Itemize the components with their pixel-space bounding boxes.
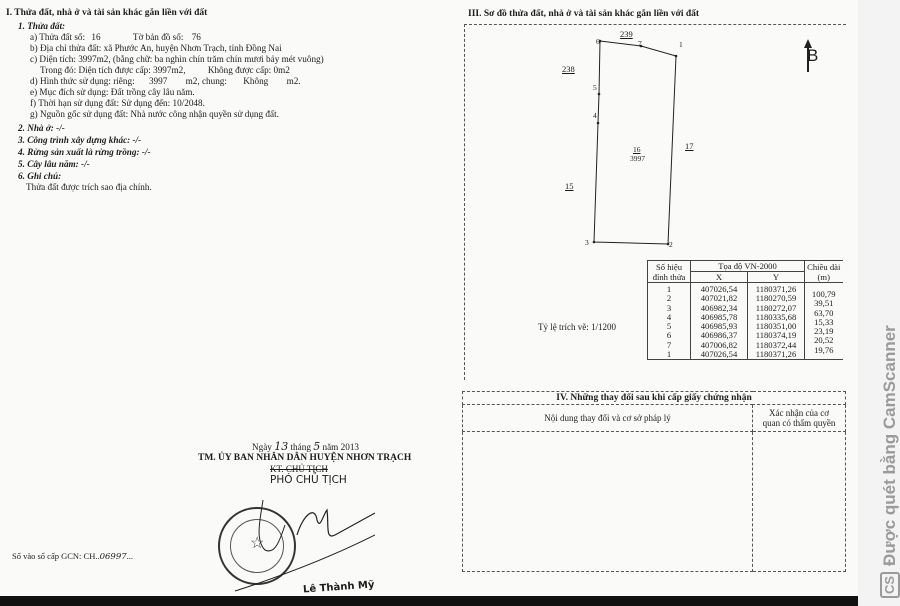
col-x: X (691, 272, 748, 283)
forest-line: 4. Rừng sản xuất là rừng trồng: -/- (18, 147, 151, 158)
length-values: 100,7939,5163,7015,3323,1920,5219,76 (805, 283, 843, 360)
parcel-label-area: 3997 (630, 154, 645, 163)
map-sheet-label: Tờ bản đồ số: (133, 32, 184, 42)
changes-title: IV. Những thay đổi sau khi cấp giấy chứn… (463, 392, 846, 405)
north-indicator: B (807, 46, 818, 66)
land-heading: 1. Thửa đất: (18, 21, 65, 32)
vertex-ids: 12345671 (648, 283, 691, 360)
usage-form-label: d) Hình thức sử dụng: riêng: (30, 76, 135, 86)
table-cell: 19,76 (807, 346, 841, 355)
parcel-label: a) Thửa đất số: (30, 32, 85, 42)
note-heading: 6. Ghi chú: (18, 171, 61, 182)
parcel-number-line: a) Thửa đất số: 16 Tờ bản đồ số: 76 (30, 32, 201, 43)
section-land-title: I. Thửa đất, nhà ở và tài sản khác gắn l… (6, 8, 207, 18)
vertex-label-1: 1 (679, 40, 683, 49)
usage-purpose: e) Mục đích sử dụng: Đất trồng cây lâu n… (30, 87, 195, 98)
confirm-line-1: Xác nhận của cơ (753, 408, 845, 418)
watermark-text: Được quét bằng CamScanner (880, 325, 900, 566)
drawing-scale: Tỷ lệ trích vẽ: 1/1200 (538, 322, 616, 332)
table-cell: 407026,54 (693, 350, 745, 359)
issue-date: Ngày 13 tháng 5 năm 2013 (252, 441, 359, 453)
area-not-granted: Không được cấp: 0m2 (208, 65, 290, 75)
parcel-area: c) Diện tích: 3997m2, (bằng chữ: ba nghì… (30, 54, 324, 65)
certificate-page: I. Thửa đất, nhà ở và tài sản khác gắn l… (0, 0, 860, 606)
note-text: Thửa đất được trích sao địa chính. (26, 182, 152, 193)
registry-label: Số vào sổ cấp GCN: CH (12, 551, 95, 561)
date-year: năm 2013 (323, 442, 360, 452)
x-values: 407026,54407021,82406982,34406985,784069… (691, 283, 748, 360)
parcel-diagram (464, 24, 846, 264)
other-works-line: 3. Công trình xây dựng khác: -/- (18, 135, 141, 146)
scan-edge (0, 596, 860, 606)
vertex-label-4: 4 (593, 111, 597, 120)
coordinates-table: Số hiệu đỉnh thửa Tọa độ VN-2000 Chiều d… (647, 260, 843, 360)
usage-origin: g) Nguồn gốc sử dụng đất: Nhà nước công … (30, 109, 279, 120)
neighbor-parcel-238: 238 (562, 64, 575, 74)
date-day: 13 (274, 440, 288, 453)
house-line: 2. Nhà ở: -/- (18, 123, 65, 134)
vertex-label-7: 7 (638, 39, 642, 48)
parcel-number: 16 (91, 32, 100, 42)
authority-confirmation-cell (753, 432, 846, 572)
area-granted: Trong đó: Diện tích được cấp: 3997m2, (40, 65, 186, 75)
vertex-label-3: 3 (585, 238, 589, 247)
area-granted-line: Trong đó: Diện tích được cấp: 3997m2, Kh… (40, 65, 290, 76)
changes-table: IV. Những thay đổi sau khi cấp giấy chứn… (462, 391, 846, 572)
signer-role: PHÓ CHỦ TỊCH (270, 474, 347, 486)
col-coordinates: Tọa độ VN-2000 (691, 261, 805, 272)
role-crossed: KT. CHỦ TỊCH (270, 464, 328, 474)
registry-number: 06997 (100, 552, 127, 562)
usage-form-line: d) Hình thức sử dụng: riêng: 3997 m2, ch… (30, 76, 301, 87)
vertex-label-5: 5 (593, 83, 597, 92)
shared-unit: m2. (287, 76, 301, 86)
issuing-authority: TM. ỦY BAN NHÂN DÂN HUYỆN NHƠN TRẠCH (198, 453, 411, 463)
parcel-address: b) Địa chỉ thửa đất: xã Phước An, huyện … (30, 43, 282, 54)
section-diagram-title: III. Sơ đồ thửa đất, nhà ở và tài sản kh… (468, 9, 699, 19)
vertex-label-2: 2 (669, 240, 673, 249)
neighbor-parcel-15: 15 (565, 181, 574, 191)
date-month: 5 (313, 440, 320, 453)
private-area: 3997 (149, 76, 167, 86)
y-values: 1180371,261180270,591180272,071180335,68… (748, 283, 805, 360)
table-cell: 1 (650, 350, 688, 359)
camscanner-logo-icon: CS (880, 572, 900, 598)
col-authority-confirmation: Xác nhận của cơ quan có thẩm quyền (753, 405, 846, 432)
date-prefix: Ngày (252, 442, 272, 452)
neighbor-parcel-239: 239 (620, 29, 633, 39)
usage-term: f) Thời hạn sử dụng đất: Sử dụng đến: 10… (30, 98, 205, 109)
registry-number-line: Số vào sổ cấp GCN: CH..06997... (12, 551, 133, 562)
camscanner-watermark: CS Được quét bằng CamScanner (880, 325, 900, 598)
confirm-line-2: quan có thẩm quyền (753, 418, 845, 428)
col-change-content: Nội dung thay đổi và cơ sở pháp lý (463, 405, 753, 432)
col-vertex: Số hiệu đỉnh thửa (648, 261, 691, 283)
neighbor-parcel-17: 17 (685, 141, 694, 151)
shared-area: Không (243, 76, 268, 86)
parcel-label-number: 16 (633, 145, 641, 154)
date-month-label: tháng (291, 442, 311, 452)
perennial-line: 5. Cây lâu năm: -/- (18, 159, 90, 170)
col-length: Chiều dài (m) (805, 261, 843, 283)
change-content-cell (463, 432, 753, 572)
vertex-label-6: 6 (596, 37, 600, 46)
shared-label: m2, chung: (186, 76, 227, 86)
map-sheet-number: 76 (192, 32, 201, 42)
table-cell: 1180371,26 (750, 350, 802, 359)
col-y: Y (748, 272, 805, 283)
